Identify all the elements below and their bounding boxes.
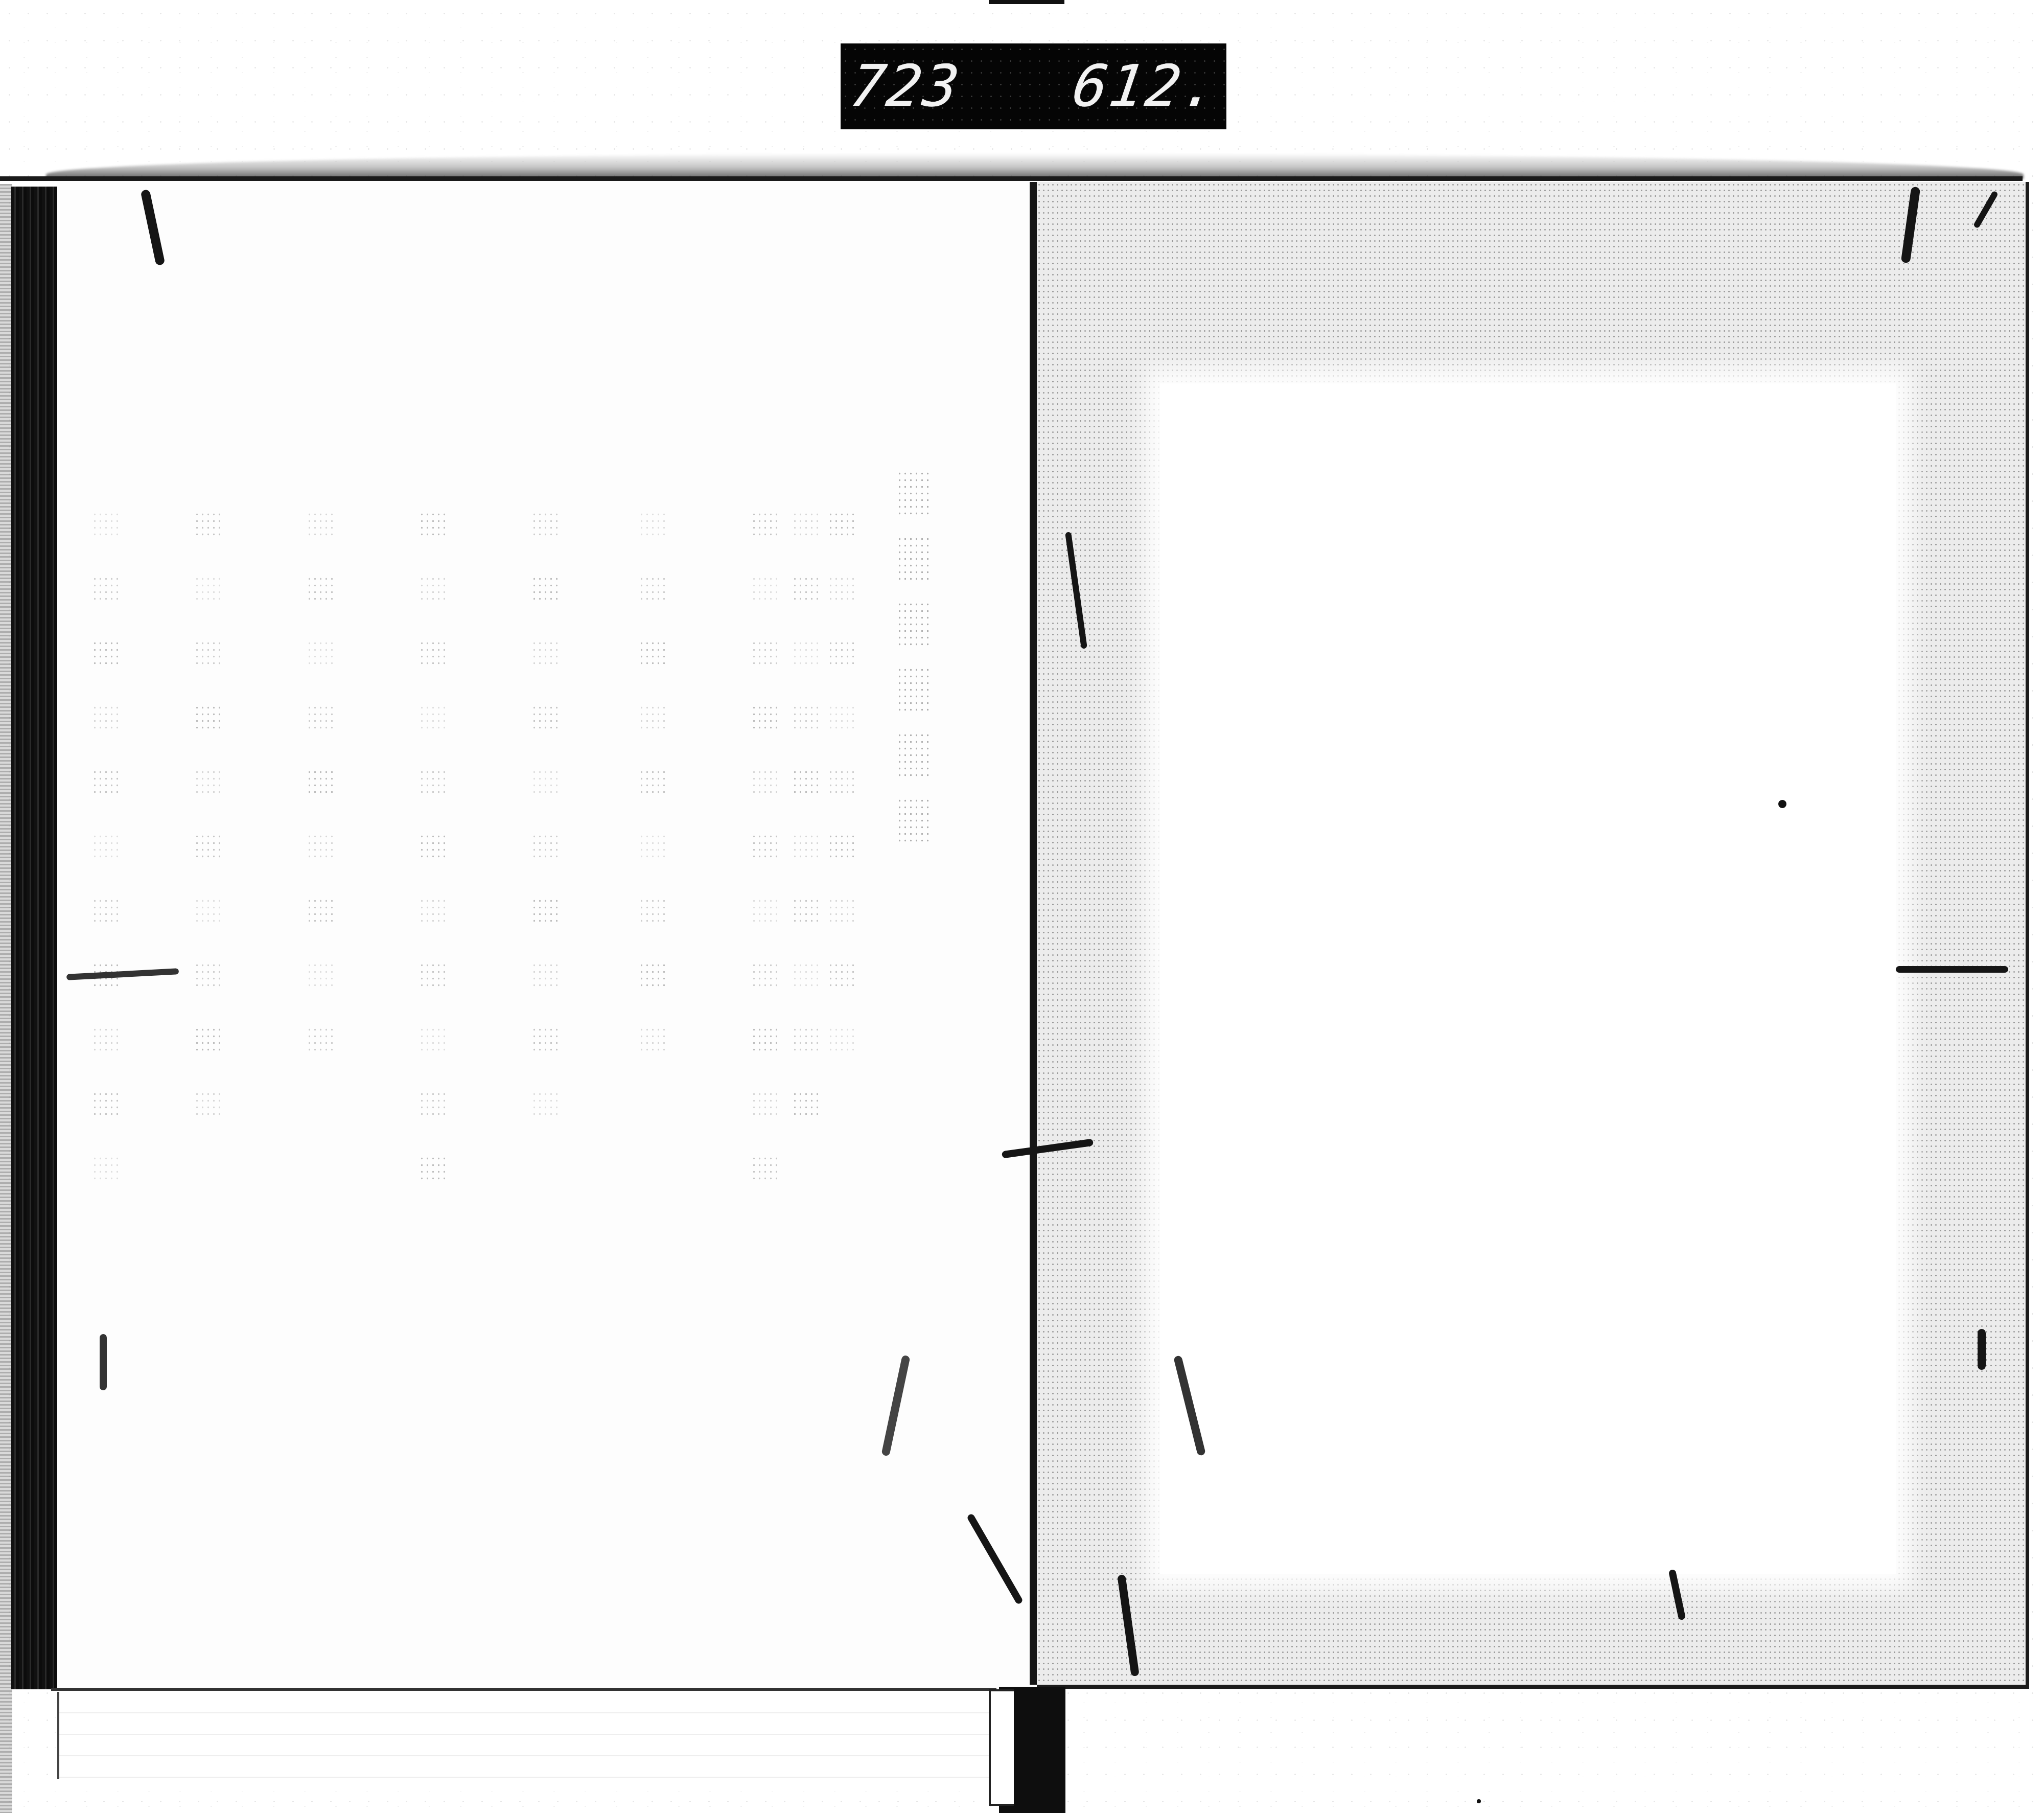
- ghost-glyph: [897, 536, 933, 582]
- ghost-glyph: [751, 704, 780, 733]
- ghost-glyph: [307, 962, 335, 991]
- frame-number-label: 723 612.: [841, 43, 1226, 129]
- ghost-glyph: [828, 898, 856, 926]
- ghost-glyph: [531, 833, 560, 862]
- ghost-glyph: [751, 576, 780, 604]
- ghost-text-column: [307, 511, 337, 1055]
- thread-mark: [1978, 1329, 1986, 1370]
- ghost-glyph: [828, 1026, 856, 1055]
- ghost-text-title-column: [897, 470, 933, 843]
- ink-dot: [1477, 1799, 1481, 1803]
- ghost-glyph: [751, 898, 780, 926]
- ink-dot: [1778, 800, 1786, 808]
- ghost-glyph: [92, 1155, 121, 1184]
- ghost-glyph: [639, 898, 667, 926]
- ghost-glyph: [419, 1155, 448, 1184]
- ghost-glyph: [194, 833, 223, 862]
- ghost-glyph: [194, 576, 223, 604]
- ghost-glyph: [419, 640, 448, 669]
- ghost-glyph: [92, 576, 121, 604]
- ghost-text-column: [92, 511, 123, 1184]
- ghost-text-column: [531, 511, 562, 1119]
- ghost-glyph: [419, 576, 448, 604]
- ghost-glyph: [307, 769, 335, 797]
- ghost-glyph: [639, 769, 667, 797]
- ghost-glyph: [792, 704, 821, 733]
- ghost-glyph: [419, 769, 448, 797]
- ghost-glyph: [828, 833, 856, 862]
- ghost-glyph: [828, 704, 856, 733]
- film-tab: [989, 0, 1064, 4]
- ghost-glyph: [307, 576, 335, 604]
- ghost-glyph: [639, 962, 667, 991]
- ghost-glyph: [531, 1091, 560, 1119]
- ghost-glyph: [419, 962, 448, 991]
- ghost-text-column: [792, 511, 823, 1119]
- book-cover-edge-left: [11, 187, 57, 1689]
- ghost-glyph: [92, 704, 121, 733]
- ghost-glyph: [531, 640, 560, 669]
- ghost-glyph: [828, 640, 856, 669]
- ghost-glyph: [419, 704, 448, 733]
- ghost-glyph: [639, 1026, 667, 1055]
- ghost-glyph: [531, 898, 560, 926]
- ghost-glyph: [419, 833, 448, 862]
- ghost-glyph: [194, 1026, 223, 1055]
- ghost-glyph: [639, 576, 667, 604]
- ghost-glyph: [792, 833, 821, 862]
- left-page-stack: [57, 1692, 1000, 1779]
- ghost-glyph: [531, 962, 560, 991]
- ghost-glyph: [419, 511, 448, 540]
- ghost-glyph: [194, 962, 223, 991]
- ghost-glyph: [92, 511, 121, 540]
- ghost-glyph: [92, 640, 121, 669]
- ghost-glyph: [792, 576, 821, 604]
- ghost-glyph: [792, 511, 821, 540]
- ghost-glyph: [897, 797, 933, 843]
- ghost-glyph: [92, 1026, 121, 1055]
- ghost-glyph: [639, 704, 667, 733]
- ghost-glyph: [531, 1026, 560, 1055]
- ghost-glyph: [194, 1091, 223, 1119]
- ghost-glyph: [194, 898, 223, 926]
- ghost-glyph: [531, 769, 560, 797]
- left-page-bottom-edge: [51, 1688, 996, 1691]
- ghost-text-column: [639, 511, 669, 1055]
- ghost-glyph: [792, 640, 821, 669]
- ghost-glyph: [897, 601, 933, 647]
- ghost-text-column: [751, 511, 782, 1184]
- ghost-glyph: [639, 511, 667, 540]
- ghost-glyph: [751, 1155, 780, 1184]
- book-top-edge: [0, 176, 2023, 181]
- ghost-glyph: [194, 769, 223, 797]
- ghost-glyph: [751, 769, 780, 797]
- ghost-glyph: [751, 640, 780, 669]
- ghost-text-column: [194, 511, 225, 1119]
- ghost-glyph: [531, 704, 560, 733]
- ghost-glyph: [751, 833, 780, 862]
- ghost-glyph: [307, 511, 335, 540]
- ghost-glyph: [92, 1091, 121, 1119]
- frame-number-right: 612.: [1069, 53, 1224, 120]
- ghost-glyph: [531, 511, 560, 540]
- ghost-glyph: [531, 576, 560, 604]
- ghost-glyph: [194, 640, 223, 669]
- ghost-glyph: [792, 769, 821, 797]
- ghost-glyph: [307, 704, 335, 733]
- ghost-glyph: [751, 1026, 780, 1055]
- ghost-glyph: [828, 962, 856, 991]
- ghost-glyph: [92, 898, 121, 926]
- frame-number-left: 723: [846, 53, 965, 120]
- ghost-glyph: [639, 833, 667, 862]
- ghost-glyph: [307, 898, 335, 926]
- ghost-glyph: [307, 640, 335, 669]
- ghost-glyph: [792, 1026, 821, 1055]
- ghost-glyph: [307, 833, 335, 862]
- ghost-glyph: [792, 962, 821, 991]
- ghost-glyph: [751, 1091, 780, 1119]
- ghost-glyph: [897, 667, 933, 713]
- ghost-glyph: [828, 769, 856, 797]
- ghost-glyph: [897, 470, 933, 516]
- ghost-glyph: [419, 1091, 448, 1119]
- ghost-glyph: [92, 833, 121, 862]
- ghost-glyph: [792, 898, 821, 926]
- ghost-glyph: [92, 769, 121, 797]
- thread-mark: [100, 1334, 107, 1390]
- ghost-text-column: [419, 511, 450, 1184]
- ghost-glyph: [419, 1026, 448, 1055]
- gutter-bottom-page-edge: [989, 1689, 1014, 1806]
- ghost-text-column: [828, 511, 858, 1055]
- ghost-glyph: [828, 576, 856, 604]
- ghost-glyph: [751, 511, 780, 540]
- ghost-glyph: [792, 1091, 821, 1119]
- book-gutter: [1030, 182, 1037, 1685]
- ghost-glyph: [194, 511, 223, 540]
- ghost-glyph: [194, 704, 223, 733]
- ghost-glyph: [897, 732, 933, 778]
- ghost-glyph: [419, 898, 448, 926]
- book-fore-edge: [0, 184, 12, 1813]
- ghost-glyph: [639, 640, 667, 669]
- right-page-blank-area: [1160, 383, 1896, 1574]
- thread-mark: [1896, 966, 2008, 973]
- ghost-glyph: [307, 1026, 335, 1055]
- ghost-glyph: [828, 511, 856, 540]
- ghost-glyph: [751, 962, 780, 991]
